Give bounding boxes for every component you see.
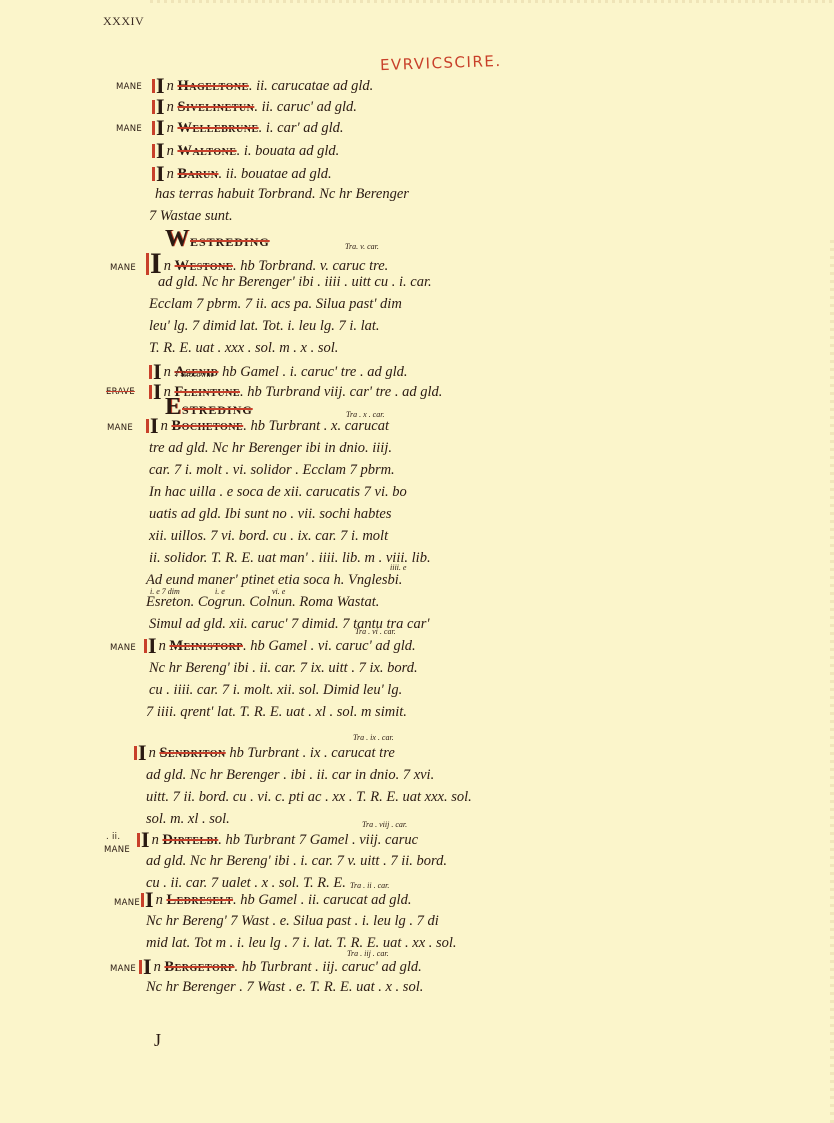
text-line: Nc hr Bereng' ibi . ii. car. 7 ix. uitt … <box>149 660 418 677</box>
place-name: Sivelinetun <box>177 99 254 115</box>
initial-capital: I <box>146 419 159 433</box>
text-line: cu . iiii. car. 7 i. molt. xii. sol. Dim… <box>149 682 402 699</box>
text-line: tre ad gld. Nc hr Berenger ibi in dnio. … <box>149 440 392 457</box>
text-line: 7 iiii. qrent' lat. T. R. E. uat . xl . … <box>146 704 407 721</box>
text-line: T. R. E. uat . xxx . sol. m . x . sol. <box>149 340 338 357</box>
entry-line: In Westone. hb Torbrand. v. caruc tre. <box>146 250 388 275</box>
entry-line: In Bochetone. hb Turbrant . x. carucat <box>146 416 389 435</box>
place-name: Bergetorp <box>164 959 234 975</box>
text-line: ad gld. Nc hr Berenger . ibi . ii. car i… <box>146 767 434 784</box>
place-name: Meinistorp <box>169 638 243 654</box>
entry-line: In Meinistorp. hb Gamel . vi. caruc' ad … <box>144 636 416 655</box>
text-line: leu' lg. 7 dimid lat. Tot. i. leu lg. 7 … <box>149 318 380 335</box>
page-edge-right <box>830 240 834 1123</box>
initial-capital: I <box>137 833 150 847</box>
text-line: Nc hr Berenger . 7 Wast . e. T. R. E. ua… <box>146 979 423 996</box>
initial-capital: I <box>149 365 162 379</box>
initial-capital: I <box>152 79 165 93</box>
text-line: sol. m. xl . sol. <box>146 811 230 828</box>
interlinear-note: iiii. e <box>390 563 406 572</box>
interlinear-note: Tra . viij . car. <box>362 820 407 829</box>
initial-capital: I <box>152 100 165 114</box>
place-name: Sendriton <box>159 745 225 761</box>
initial-capital: I <box>141 893 154 907</box>
initial-capital: I <box>152 121 165 135</box>
text-line: Ecclam 7 pbrm. 7 ii. acs pa. Silua past'… <box>149 296 402 313</box>
entry-line: In Sivelinetun. ii. caruc' ad gld. <box>152 97 357 116</box>
manuscript-page: XXXIV EVRVICSCIRE. MANE In Hageltone. ii… <box>0 0 834 1123</box>
text-line: mid lat. Tot m . i. leu lg . 7 i. lat. T… <box>146 935 457 952</box>
county-heading: EVRVICSCIRE. <box>380 52 502 74</box>
margin-note: MANE <box>110 263 136 273</box>
interlinear-note: 7 Brocowne <box>175 370 214 379</box>
initial-capital: I <box>139 960 152 974</box>
initial-capital: I <box>149 385 162 399</box>
entry-line: In Bergetorp. hb Turbrant . iij. caruc' … <box>139 957 422 976</box>
margin-note: MANE <box>114 898 140 908</box>
entry-line: In Sendriton hb Turbrant . ix . carucat … <box>134 743 395 762</box>
entry-line: In Ledreselt. hb Gamel . ii. carucat ad … <box>141 890 411 909</box>
initial-capital: I <box>152 167 165 181</box>
initial-capital: I <box>152 144 165 158</box>
page-edge-top <box>150 0 834 3</box>
place-name: Barun <box>177 166 218 182</box>
margin-note: MANE <box>104 845 130 855</box>
margin-note: MANE <box>110 964 136 974</box>
entry-line: In Barun. ii. bouatae ad gld. <box>152 164 332 183</box>
folio-number: XXXIV <box>103 14 144 29</box>
text-line: ad gld. Nc hr Bereng' ibi . i. car. 7 v.… <box>146 853 447 870</box>
text-line: Esreton. Cogrun. Colnun. Roma Wastat. <box>146 594 379 611</box>
text-line: uitt. 7 ii. bord. cu . vi. c. pti ac . x… <box>146 789 472 806</box>
place-name: Hageltone <box>177 78 248 94</box>
text-line: ad gld. Nc hr Berenger' ibi . iiii . uit… <box>158 274 432 291</box>
entry-line: In Wellebrune. i. car' ad gld. <box>152 118 344 137</box>
text-line: car. 7 i. molt . vi. solidor . Ecclam 7 … <box>149 462 395 479</box>
margin-note: MANE <box>116 82 142 92</box>
initial-capital: I <box>146 253 162 275</box>
place-name: Dirtelbi <box>162 832 218 848</box>
entry-line: In Dirtelbi. hb Turbrant 7 Gamel . viij.… <box>137 830 418 849</box>
margin-note: ERAVE <box>106 387 135 397</box>
interlinear-note: Tra . vi . car. <box>355 627 396 636</box>
text-line: uatis ad gld. Ibi sunt no . vii. sochi h… <box>149 506 391 523</box>
text-line: xii. uillos. 7 vi. bord. cu . ix. car. 7… <box>149 528 388 545</box>
margin-note: MANE <box>110 643 136 653</box>
place-name: Bochetone <box>171 418 243 434</box>
interlinear-note: Tra . ix . car. <box>353 733 394 742</box>
interlinear-note: Tra . ii . car. <box>350 881 389 890</box>
margin-note-sup: . ii. <box>106 832 120 842</box>
margin-note: MANE <box>116 124 142 134</box>
entry-line: In Waltone. i. bouata ad gld. <box>152 141 339 160</box>
text-line: Nc hr Bereng' 7 Wast . e. Silua past . i… <box>146 913 439 930</box>
text-line: 7 Wastae sunt. <box>149 208 233 225</box>
place-name: Wellebrune <box>177 120 258 136</box>
place-name: Westone <box>175 258 233 274</box>
margin-note: MANE <box>107 423 133 433</box>
text-line: has terras habuit Torbrand. Nc hr Bereng… <box>155 186 409 203</box>
section-heading-westreding: Westreding <box>165 226 270 253</box>
text-line: ii. solidor. T. R. E. uat man' . iiii. l… <box>149 550 431 567</box>
text-line: In hac uilla . e soca de xii. carucatis … <box>149 484 407 501</box>
initial-capital: I <box>134 746 147 760</box>
footer-mark: J <box>154 1030 161 1051</box>
place-name: Ledreselt <box>166 892 233 908</box>
initial-capital: I <box>144 639 157 653</box>
place-name: Waltone <box>177 143 236 159</box>
entry-line: In Hageltone. ii. carucatae ad gld. <box>152 76 373 95</box>
